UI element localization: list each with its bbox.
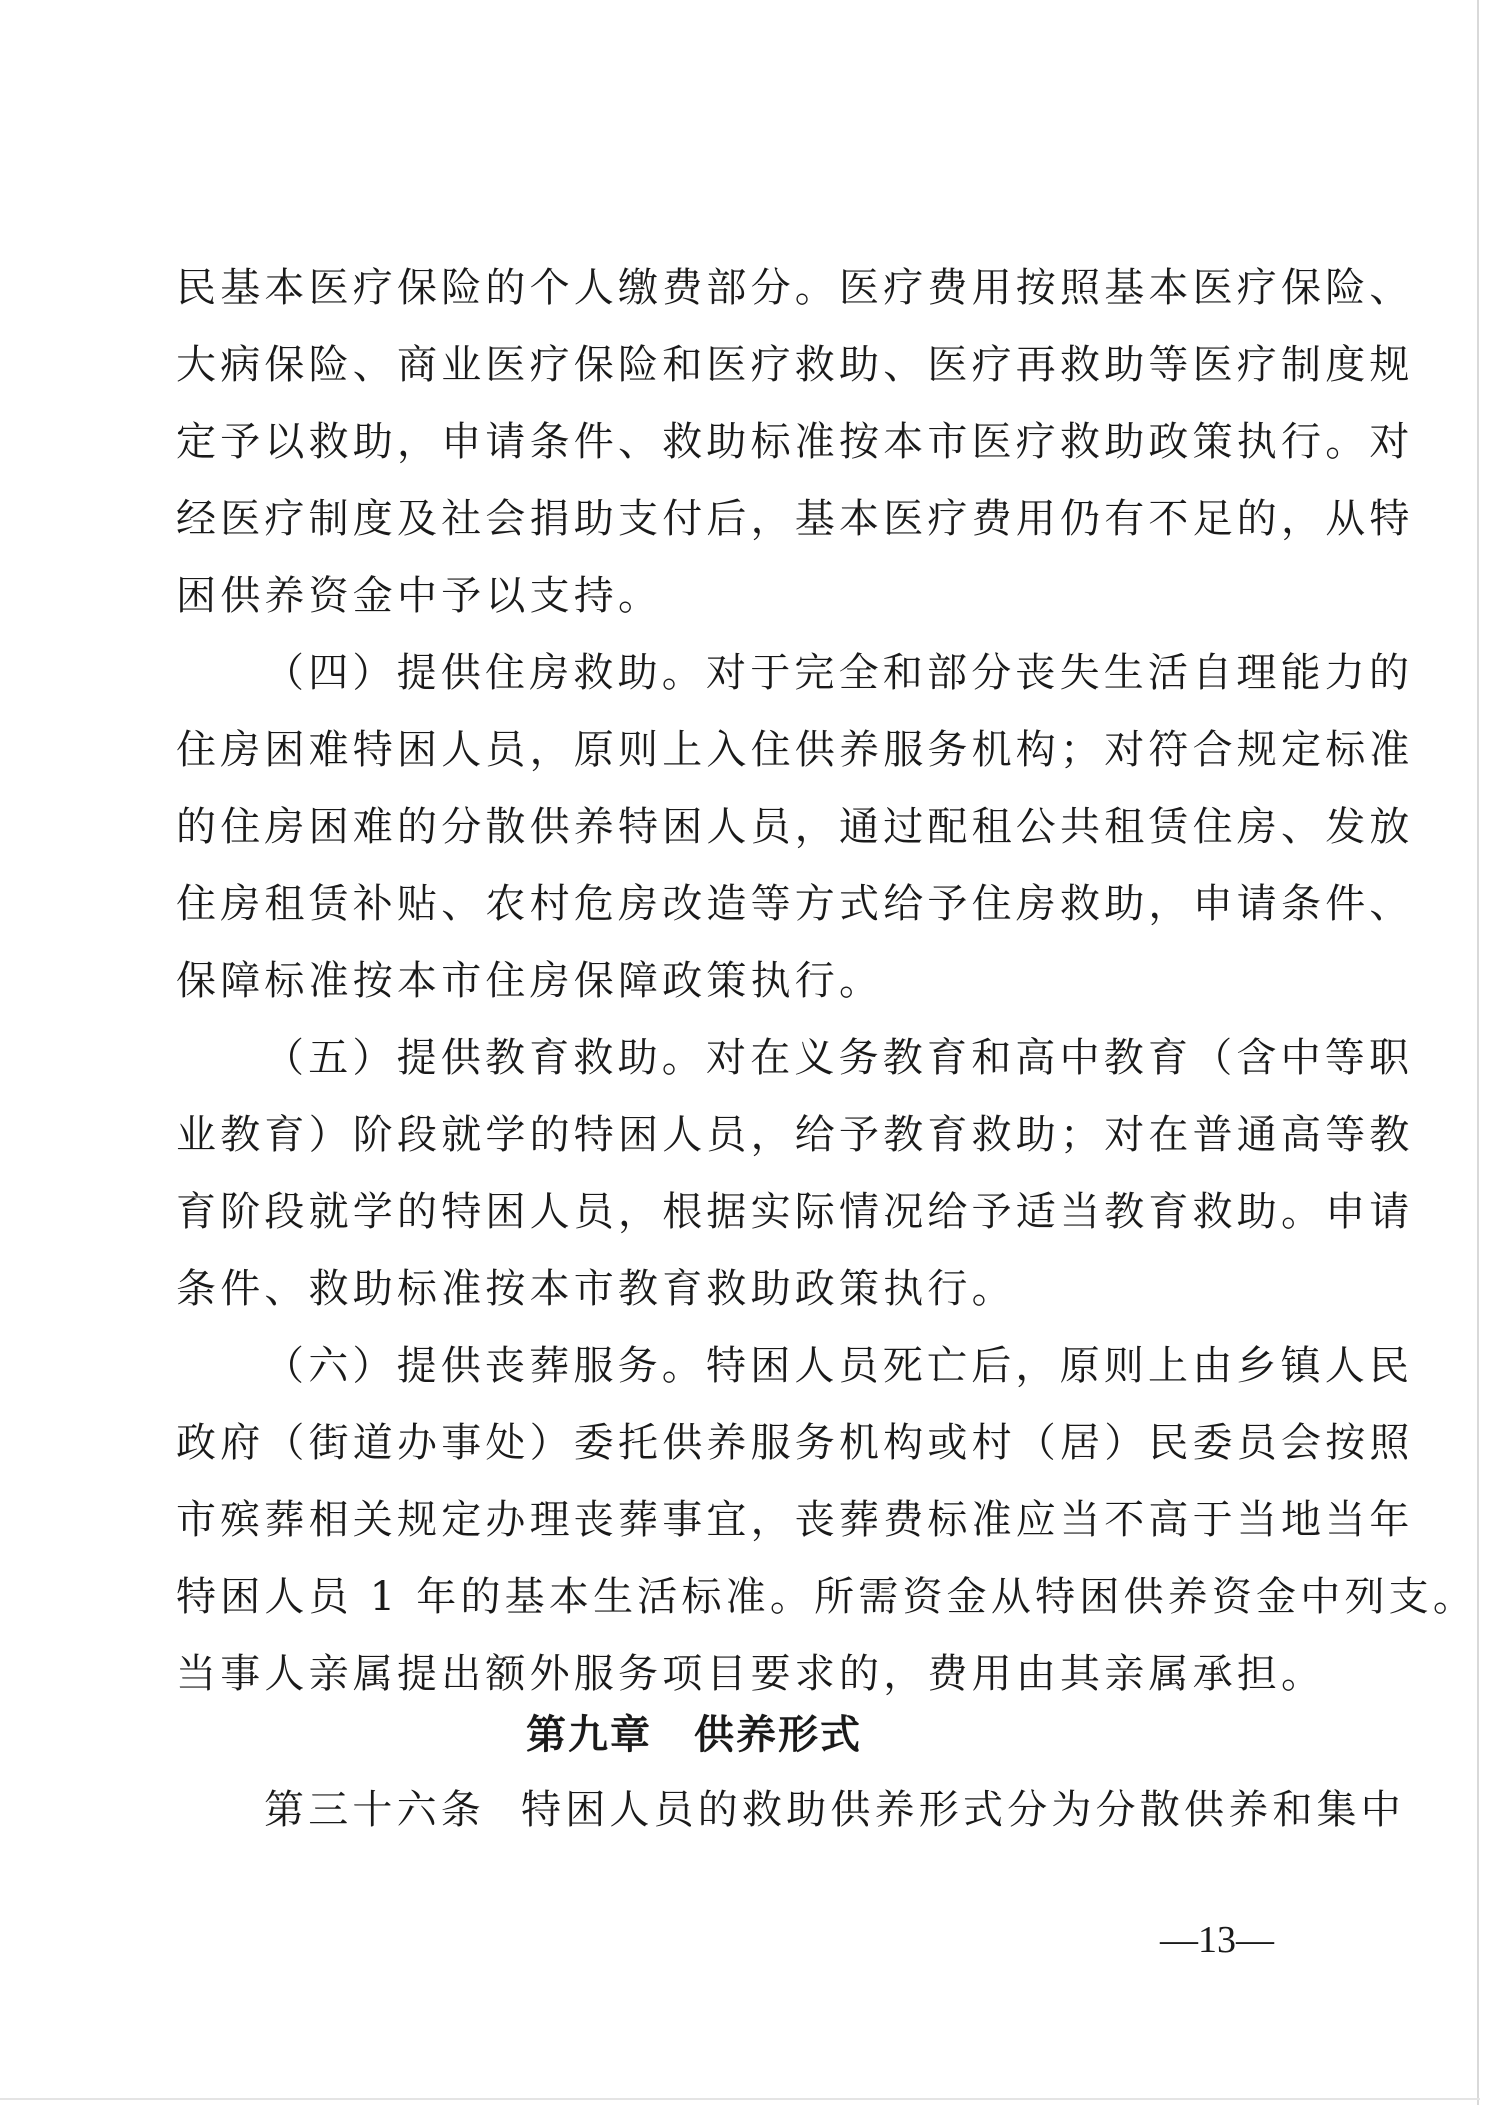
paragraph-first-line: （四）提供住房救助。对于完全和部分丧失生活自理能力的	[176, 635, 1286, 712]
text-line: 特困人员 1 年的基本生活标准。所需资金从特困供养资金中列支。	[176, 1559, 1286, 1636]
chapter-heading-text: 第九章 供养形式	[526, 1705, 862, 1765]
text-line: 当事人亲属提出额外服务项目要求的，费用由其亲属承担。	[176, 1636, 1286, 1713]
article-line: 第三十六条特困人员的救助供养形式分为分散供养和集中	[264, 1772, 1405, 1849]
page-edge-bottom	[0, 2098, 1480, 2100]
chapter-heading: 第九章 供养形式	[0, 1705, 1488, 1765]
page-number: —13—	[1160, 1915, 1274, 1965]
text-line: 业教育）阶段就学的特困人员，给予教育救助；对在普通高等教	[176, 1097, 1286, 1174]
text-line: 市殡葬相关规定办理丧葬事宜，丧葬费标准应当不高于当地当年	[176, 1482, 1286, 1559]
article-text: 特困人员的救助供养形式分为分散供养和集中	[521, 1787, 1405, 1833]
text-line: 育阶段就学的特困人员，根据实际情况给予适当教育救助。申请	[176, 1174, 1286, 1251]
text-line: 定予以救助，申请条件、救助标准按本市医疗救助政策执行。对	[176, 404, 1286, 481]
article-number: 第三十六条	[264, 1787, 485, 1833]
body-text: 民基本医疗保险的个人缴费部分。医疗费用按照基本医疗保险、 大病保险、商业医疗保险…	[176, 250, 1286, 1713]
text-line: 保障标准按本市住房保障政策执行。	[176, 943, 1286, 1020]
text-line: 困供养资金中予以支持。	[176, 558, 1286, 635]
paragraph-first-line: （六）提供丧葬服务。特困人员死亡后，原则上由乡镇人民	[176, 1328, 1286, 1405]
paragraph-first-line: （五）提供教育救助。对在义务教育和高中教育（含中等职	[176, 1020, 1286, 1097]
text-line: 住房租赁补贴、农村危房改造等方式给予住房救助，申请条件、	[176, 866, 1286, 943]
text-line: 住房困难特困人员，原则上入住供养服务机构；对符合规定标准	[176, 712, 1286, 789]
text-line: 政府（街道办事处）委托供养服务机构或村（居）民委员会按照	[176, 1405, 1286, 1482]
text-line: 民基本医疗保险的个人缴费部分。医疗费用按照基本医疗保险、	[176, 250, 1286, 327]
text-line: 的住房困难的分散供养特困人员，通过配租公共租赁住房、发放	[176, 789, 1286, 866]
text-line: 条件、救助标准按本市教育救助政策执行。	[176, 1251, 1286, 1328]
text-line: 经医疗制度及社会捐助支付后，基本医疗费用仍有不足的，从特	[176, 481, 1286, 558]
page-edge-right	[1477, 0, 1479, 2105]
text-line: 大病保险、商业医疗保险和医疗救助、医疗再救助等医疗制度规	[176, 327, 1286, 404]
